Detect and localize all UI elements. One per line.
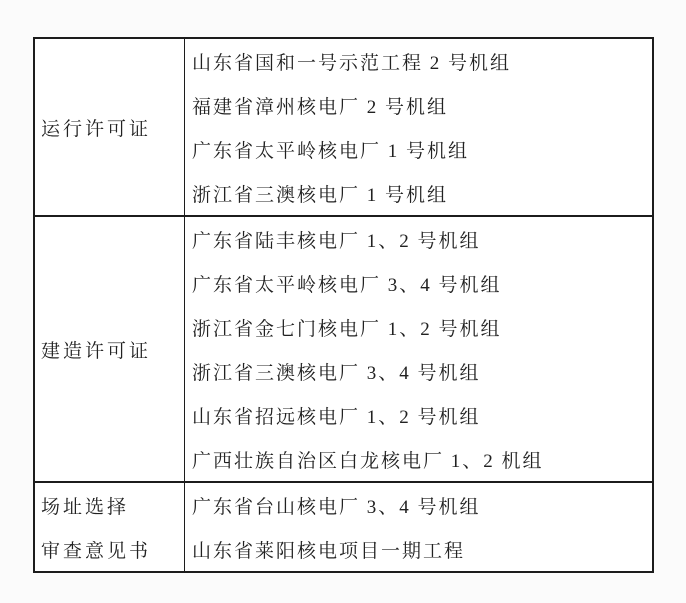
project-item: 广西壮族自治区白龙核电厂 1、2 机组	[192, 437, 652, 481]
document-page: 运行许可证山东省国和一号示范工程 2 号机组福建省漳州核电厂 2 号机组广东省太…	[0, 0, 686, 603]
project-item: 广东省陆丰核电厂 1、2 号机组	[192, 217, 652, 261]
license-type-cell: 运行许可证	[35, 39, 185, 215]
project-item: 山东省招远核电厂 1、2 号机组	[192, 393, 652, 437]
table-section: 场址选择审查意见书广东省台山核电厂 3、4 号机组山东省莱阳核电项目一期工程	[35, 481, 652, 571]
project-list-cell: 广东省陆丰核电厂 1、2 号机组广东省太平岭核电厂 3、4 号机组浙江省金七门核…	[185, 217, 652, 481]
project-item: 广东省太平岭核电厂 1 号机组	[192, 127, 652, 171]
table-section: 运行许可证山东省国和一号示范工程 2 号机组福建省漳州核电厂 2 号机组广东省太…	[35, 39, 652, 215]
license-type-cell: 场址选择审查意见书	[35, 483, 185, 571]
project-item: 浙江省三澳核电厂 1 号机组	[192, 171, 652, 215]
project-item: 浙江省三澳核电厂 3、4 号机组	[192, 349, 652, 393]
license-type-label: 运行许可证	[41, 105, 184, 149]
license-type-label: 审查意见书	[41, 527, 184, 571]
license-table: 运行许可证山东省国和一号示范工程 2 号机组福建省漳州核电厂 2 号机组广东省太…	[33, 37, 654, 573]
project-item: 浙江省金七门核电厂 1、2 号机组	[192, 305, 652, 349]
project-item: 山东省莱阳核电项目一期工程	[192, 527, 652, 571]
project-item: 福建省漳州核电厂 2 号机组	[192, 83, 652, 127]
license-type-cell: 建造许可证	[35, 217, 185, 481]
license-type-label: 建造许可证	[41, 327, 184, 371]
project-list-cell: 山东省国和一号示范工程 2 号机组福建省漳州核电厂 2 号机组广东省太平岭核电厂…	[185, 39, 652, 215]
project-item: 广东省台山核电厂 3、4 号机组	[192, 483, 652, 527]
table-section: 建造许可证广东省陆丰核电厂 1、2 号机组广东省太平岭核电厂 3、4 号机组浙江…	[35, 215, 652, 481]
project-item: 山东省国和一号示范工程 2 号机组	[192, 39, 652, 83]
project-list-cell: 广东省台山核电厂 3、4 号机组山东省莱阳核电项目一期工程	[185, 483, 652, 571]
license-type-label: 场址选择	[41, 483, 184, 527]
project-item: 广东省太平岭核电厂 3、4 号机组	[192, 261, 652, 305]
